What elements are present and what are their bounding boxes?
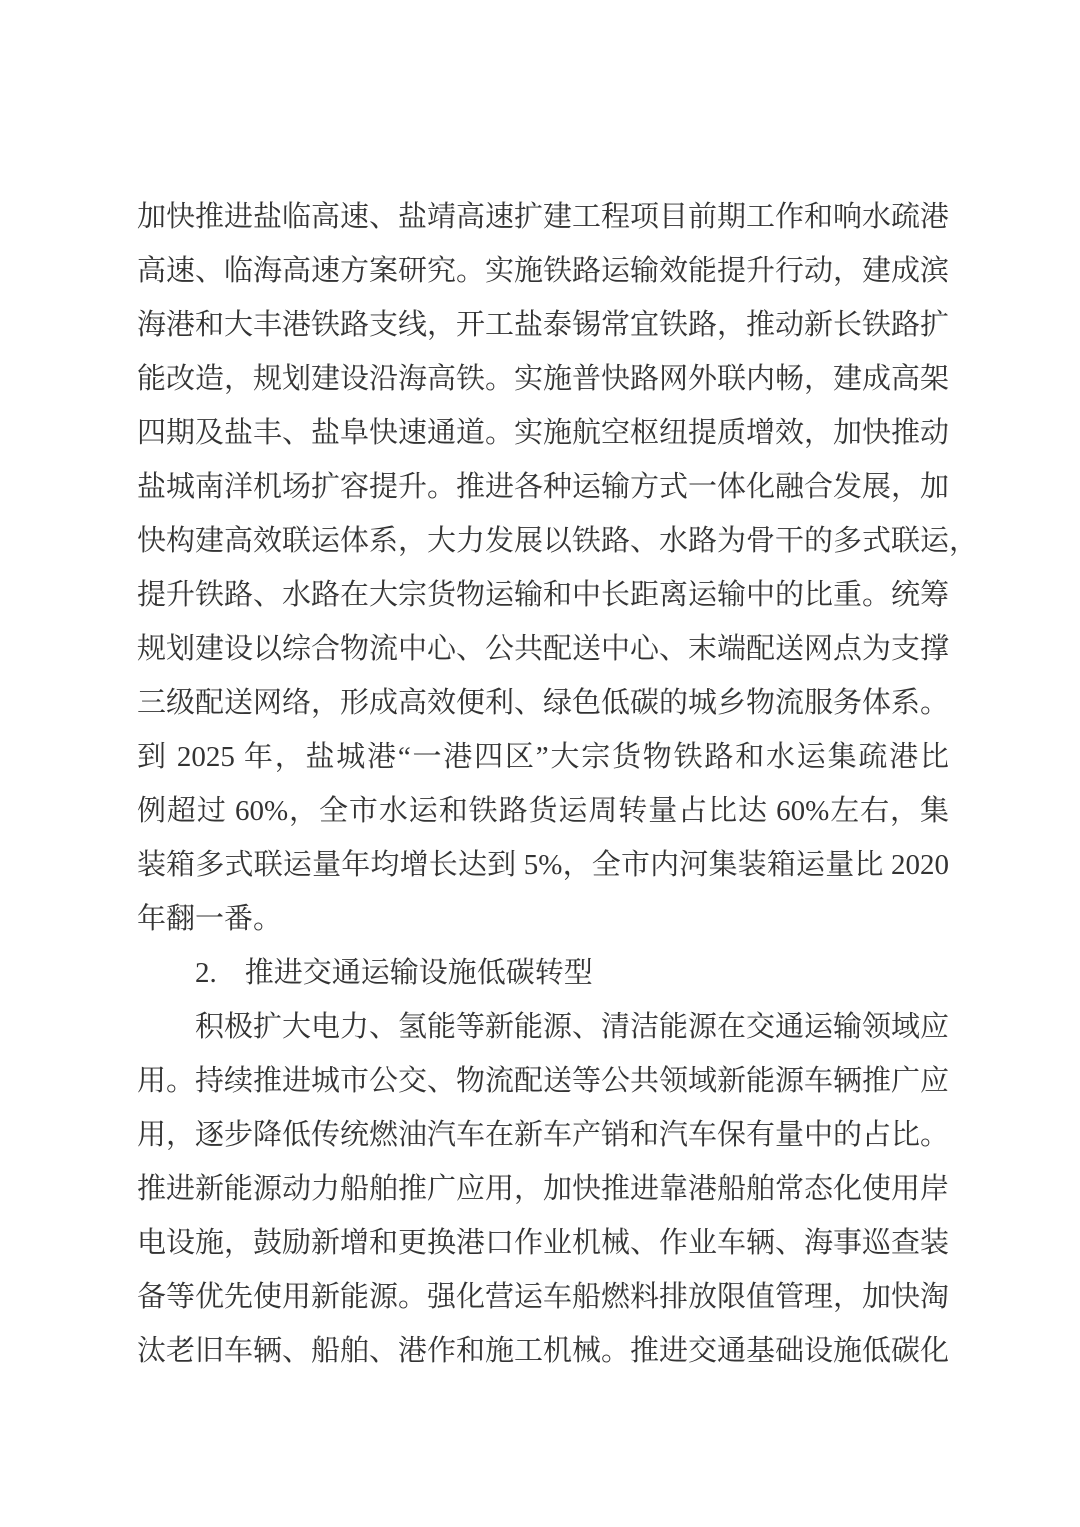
text-line: 例超过 60%，全市水运和铁路货运周转量占比达 60%左右，集 xyxy=(137,784,949,838)
text-line: 规划建设以综合物流中心、公共配送中心、末端配送网点为支撑 xyxy=(137,622,949,676)
text-line: 汰老旧车辆、船舶、港作和施工机械。推进交通基础设施低碳化 xyxy=(137,1324,949,1378)
text-line: 海港和大丰港铁路支线，开工盐泰锡常宜铁路，推动新长铁路扩 xyxy=(137,298,949,352)
text-line: 用。持续推进城市公交、物流配送等公共领域新能源车辆推广应 xyxy=(137,1054,949,1108)
text-line: 提升铁路、水路在大宗货物运输和中长距离运输中的比重。统筹 xyxy=(137,568,949,622)
text-line: 四期及盐丰、盐阜快速通道。实施航空枢纽提质增效，加快推动 xyxy=(137,406,949,460)
text-line: 装箱多式联运量年均增长达到 5%，全市内河集装箱运量比 2020 xyxy=(137,838,949,892)
text-line: 能改造，规划建设沿海高铁。实施普快路网外联内畅，建成高架 xyxy=(137,352,949,406)
text-line: 年翻一番。 xyxy=(137,892,949,946)
text-line: 到 2025 年，盐城港“一港四区”大宗货物铁路和水运集疏港比 xyxy=(137,730,949,784)
document-page: 加快推进盐临高速、盐靖高速扩建工程项目前期工作和响水疏港 高速、临海高速方案研究… xyxy=(0,0,1080,1527)
section-heading: 2.推进交通运输设施低碳转型 xyxy=(137,946,949,1000)
text-line: 盐城南洋机场扩容提升。推进各种运输方式一体化融合发展，加 xyxy=(137,460,949,514)
text-line: 用，逐步降低传统燃油汽车在新车产销和汽车保有量中的占比。 xyxy=(137,1108,949,1162)
paragraph-1: 加快推进盐临高速、盐靖高速扩建工程项目前期工作和响水疏港 高速、临海高速方案研究… xyxy=(137,190,949,946)
text-line: 备等优先使用新能源。强化营运车船燃料排放限值管理，加快淘 xyxy=(137,1270,949,1324)
text-line: 推进新能源动力船舶推广应用，加快推进靠港船舶常态化使用岸 xyxy=(137,1162,949,1216)
section-heading-title: 推进交通运输设施低碳转型 xyxy=(245,957,593,989)
text-block: 加快推进盐临高速、盐靖高速扩建工程项目前期工作和响水疏港 高速、临海高速方案研究… xyxy=(137,190,949,1378)
paragraph-2: 积极扩大电力、氢能等新能源、清洁能源在交通运输领域应 用。持续推进城市公交、物流… xyxy=(137,1000,949,1378)
text-line: 高速、临海高速方案研究。实施铁路运输效能提升行动，建成滨 xyxy=(137,244,949,298)
text-line: 电设施，鼓励新增和更换港口作业机械、作业车辆、海事巡查装 xyxy=(137,1216,949,1270)
text-line: 三级配送网络，形成高效便利、绿色低碳的城乡物流服务体系。 xyxy=(137,676,949,730)
section-heading-number: 2. xyxy=(195,946,217,1000)
text-line: 积极扩大电力、氢能等新能源、清洁能源在交通运输领域应 xyxy=(137,1000,949,1054)
text-line: 快构建高效联运体系，大力发展以铁路、水路为骨干的多式联运， xyxy=(137,514,949,568)
text-line: 加快推进盐临高速、盐靖高速扩建工程项目前期工作和响水疏港 xyxy=(137,190,949,244)
